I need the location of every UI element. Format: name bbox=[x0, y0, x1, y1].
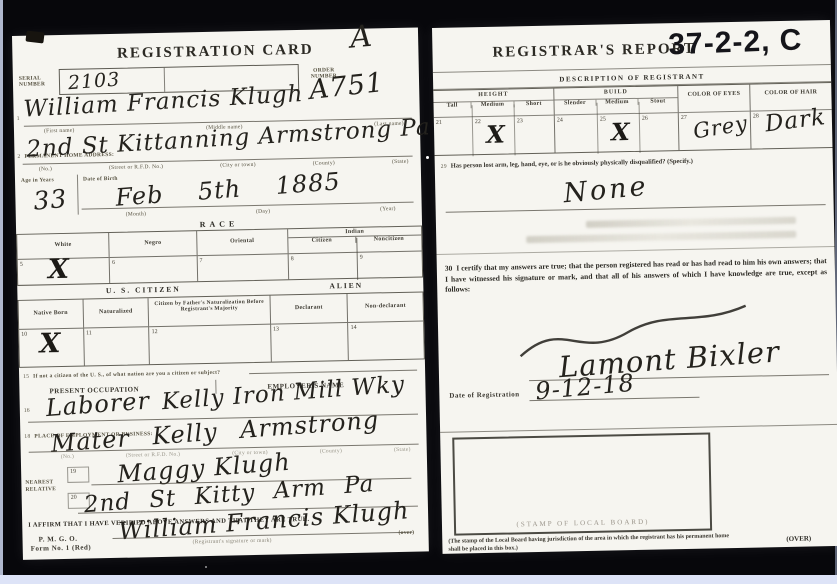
divider bbox=[639, 102, 641, 153]
field-number: 2 bbox=[17, 154, 20, 160]
cell-number: 27 bbox=[681, 115, 687, 121]
cell-number: 25 bbox=[600, 117, 606, 123]
field-number: 29 bbox=[441, 164, 447, 170]
hair-col: COLOR OF HAIR 28 Dark bbox=[749, 83, 832, 149]
group-header: BUILD bbox=[554, 88, 677, 96]
height-medium-mark: X bbox=[486, 120, 505, 149]
serial-number-value: 2103 bbox=[67, 70, 121, 93]
cell-number: 11 bbox=[86, 330, 92, 336]
description-table: HEIGHT Tall Medium Short 21 22 23 X BUIL… bbox=[433, 82, 832, 156]
sublabel: (Street or R.F.D. No.) bbox=[109, 164, 163, 171]
col-label: Non-declarant bbox=[348, 302, 423, 310]
sublabel: (No.) bbox=[39, 166, 52, 173]
race-col-indian: Indian Citizen Noncitizen 8 9 bbox=[287, 226, 422, 279]
race-col-negro: Negro 6 bbox=[108, 231, 196, 283]
field-number: 1 bbox=[17, 116, 20, 122]
cell-number: 26 bbox=[642, 116, 648, 122]
cell-number: 13 bbox=[273, 326, 279, 332]
date-of-registration-label: Date of Registration bbox=[449, 390, 519, 399]
certification-text: I certify that my answers are true; that… bbox=[445, 256, 827, 294]
col-label: White bbox=[17, 241, 108, 249]
divider bbox=[197, 253, 287, 256]
build-group: BUILD Slender Medium Stout 24 25 26 X bbox=[553, 86, 678, 152]
col-label: COLOR OF EYES bbox=[678, 91, 749, 98]
sublabel: (State) bbox=[394, 447, 411, 454]
col-label: Negro bbox=[110, 239, 196, 247]
height-group: HEIGHT Tall Medium Short 21 22 23 X bbox=[433, 89, 554, 155]
col-label: Short bbox=[513, 101, 553, 108]
dob-label: Date of Birth bbox=[83, 176, 118, 183]
col-label: Noncitizen bbox=[355, 235, 421, 242]
col-label: Naturalized bbox=[83, 308, 148, 315]
divider bbox=[514, 104, 516, 155]
over-label: (OVER) bbox=[786, 534, 811, 542]
group-header: HEIGHT bbox=[433, 91, 553, 99]
stamp-box-caption: (STAMP OF LOCAL BOARD) bbox=[456, 517, 710, 530]
divider bbox=[84, 326, 149, 328]
sublabel: (State) bbox=[392, 159, 409, 166]
cell-number: 14 bbox=[350, 325, 356, 331]
cell-number: 20 bbox=[71, 495, 77, 501]
sublabel: (Month) bbox=[126, 211, 147, 218]
registrars-report-card: REGISTRAR'S REPORT 37-2-2, C DESCRIPTION… bbox=[432, 20, 837, 554]
serial-number-label: SERIAL NUMBER bbox=[19, 75, 59, 88]
cell-number: 6 bbox=[112, 260, 115, 266]
card-title: REGISTRAR'S REPORT bbox=[492, 41, 696, 62]
divider bbox=[110, 255, 196, 258]
form-number-label: Form No. 1 (Red) bbox=[31, 543, 92, 552]
race-table: White 5 X Negro 6 Oriental 7 Indian Citi… bbox=[16, 225, 423, 285]
cell-number: 10 bbox=[21, 332, 27, 338]
alien-non-declarant: Non-declarant 14 bbox=[347, 292, 424, 360]
local-board-stamp-box: (STAMP OF LOCAL BOARD) bbox=[452, 432, 712, 535]
signature-sublabel: (Registrant's signature or mark) bbox=[193, 538, 272, 546]
col-label: Citizen by Father's Naturalization Befor… bbox=[149, 299, 270, 314]
col-label: Medium bbox=[471, 101, 513, 108]
sublabel: (City or town) bbox=[220, 162, 256, 169]
col-label: COLOR OF HAIR bbox=[750, 89, 831, 97]
divider bbox=[289, 250, 422, 254]
nation-question: If not a citizen of the U. S., of what n… bbox=[33, 370, 220, 380]
col-label: Tall bbox=[434, 102, 471, 109]
field-number: 30 bbox=[445, 264, 453, 273]
ghost-stamp bbox=[526, 231, 796, 243]
cell-number: 19 bbox=[70, 469, 76, 475]
over-label: (over) bbox=[398, 530, 414, 537]
scan-speck bbox=[205, 566, 207, 568]
alien-declarant: Declarant 13 bbox=[269, 294, 348, 362]
scan-frame-bottom bbox=[0, 575, 837, 584]
sublabel: (County) bbox=[320, 448, 342, 455]
sublabel: (Day) bbox=[256, 209, 270, 216]
race-col-oriental: Oriental 7 bbox=[196, 229, 288, 281]
rule bbox=[437, 246, 835, 255]
relative-name-box: 19 bbox=[67, 466, 89, 482]
rule bbox=[440, 424, 837, 433]
cell-number: 5 bbox=[20, 262, 23, 268]
citizen-table: Native Born 10 X Naturalized 11 Citizen … bbox=[18, 291, 425, 367]
eyes-col: COLOR OF EYES 27 Grey bbox=[677, 85, 750, 150]
cell-number: 23 bbox=[517, 118, 523, 124]
ink-blot bbox=[25, 30, 44, 43]
handwritten-corner-letter: A bbox=[349, 22, 374, 54]
registration-card: REGISTRATION CARD A SERIAL NUMBER 2103 O… bbox=[12, 27, 429, 559]
divider bbox=[472, 105, 474, 156]
race-white-mark: X bbox=[48, 254, 70, 285]
citizen-naturalized: Naturalized 11 bbox=[82, 298, 149, 365]
sublabel: (County) bbox=[313, 160, 335, 167]
divider bbox=[271, 322, 348, 325]
cell-number: 9 bbox=[360, 255, 363, 261]
col-label: Stout bbox=[637, 98, 677, 105]
cell-number: 7 bbox=[199, 258, 202, 264]
col-label: Medium bbox=[595, 99, 637, 106]
scan-speck bbox=[426, 156, 429, 159]
age-label: Age in Years bbox=[21, 177, 54, 184]
scan-frame-left bbox=[0, 0, 3, 584]
board-code-stamp: 37-2-2, C bbox=[668, 23, 803, 62]
field-number: 15 bbox=[23, 374, 29, 380]
divider bbox=[149, 324, 269, 328]
divider bbox=[77, 175, 79, 215]
disability-question: Has person lost arm, leg, hand, eye, or … bbox=[451, 155, 827, 170]
race-col-white: White 5 X bbox=[17, 233, 109, 285]
col-label: Declarant bbox=[270, 304, 347, 312]
sublabel: (No.) bbox=[61, 454, 74, 461]
cell-number: 12 bbox=[152, 329, 158, 335]
divider bbox=[555, 112, 678, 115]
hair-value-handwriting: Dark bbox=[764, 106, 827, 136]
native-born-mark: X bbox=[39, 328, 61, 359]
divider bbox=[356, 238, 358, 280]
col-label: Native Born bbox=[19, 310, 83, 317]
pmgo-label: P. M. G. O. bbox=[38, 535, 77, 544]
sublabel: (Year) bbox=[380, 206, 396, 213]
cell-number: 22 bbox=[475, 119, 481, 125]
citizen-by-father: Citizen by Father's Naturalization Befor… bbox=[148, 296, 271, 365]
divider bbox=[348, 320, 423, 323]
stamp-box-note: (The stamp of the Local Board having jur… bbox=[448, 533, 738, 554]
cell-number: 21 bbox=[436, 120, 442, 126]
col-label: Citizen bbox=[288, 237, 355, 244]
cell-number: 28 bbox=[753, 113, 759, 119]
nearest-relative-label-2: RELATIVE bbox=[25, 486, 56, 493]
nearest-relative-label-1: NEAREST bbox=[25, 479, 53, 486]
col-label: Oriental bbox=[197, 237, 287, 245]
divider bbox=[597, 103, 599, 154]
build-medium-mark: X bbox=[611, 117, 630, 146]
eyes-value-handwriting: Grey bbox=[692, 113, 750, 142]
cell-number: 24 bbox=[557, 117, 563, 123]
ghost-stamp bbox=[586, 217, 796, 228]
col-label: Slender bbox=[554, 100, 595, 107]
citizen-native-born: Native Born 10 X bbox=[19, 300, 84, 367]
divider bbox=[434, 115, 554, 118]
cell-number: 8 bbox=[291, 256, 294, 262]
certification-paragraph: 30 I certify that my answers are true; t… bbox=[445, 256, 828, 295]
age-value: 33 bbox=[32, 186, 68, 214]
